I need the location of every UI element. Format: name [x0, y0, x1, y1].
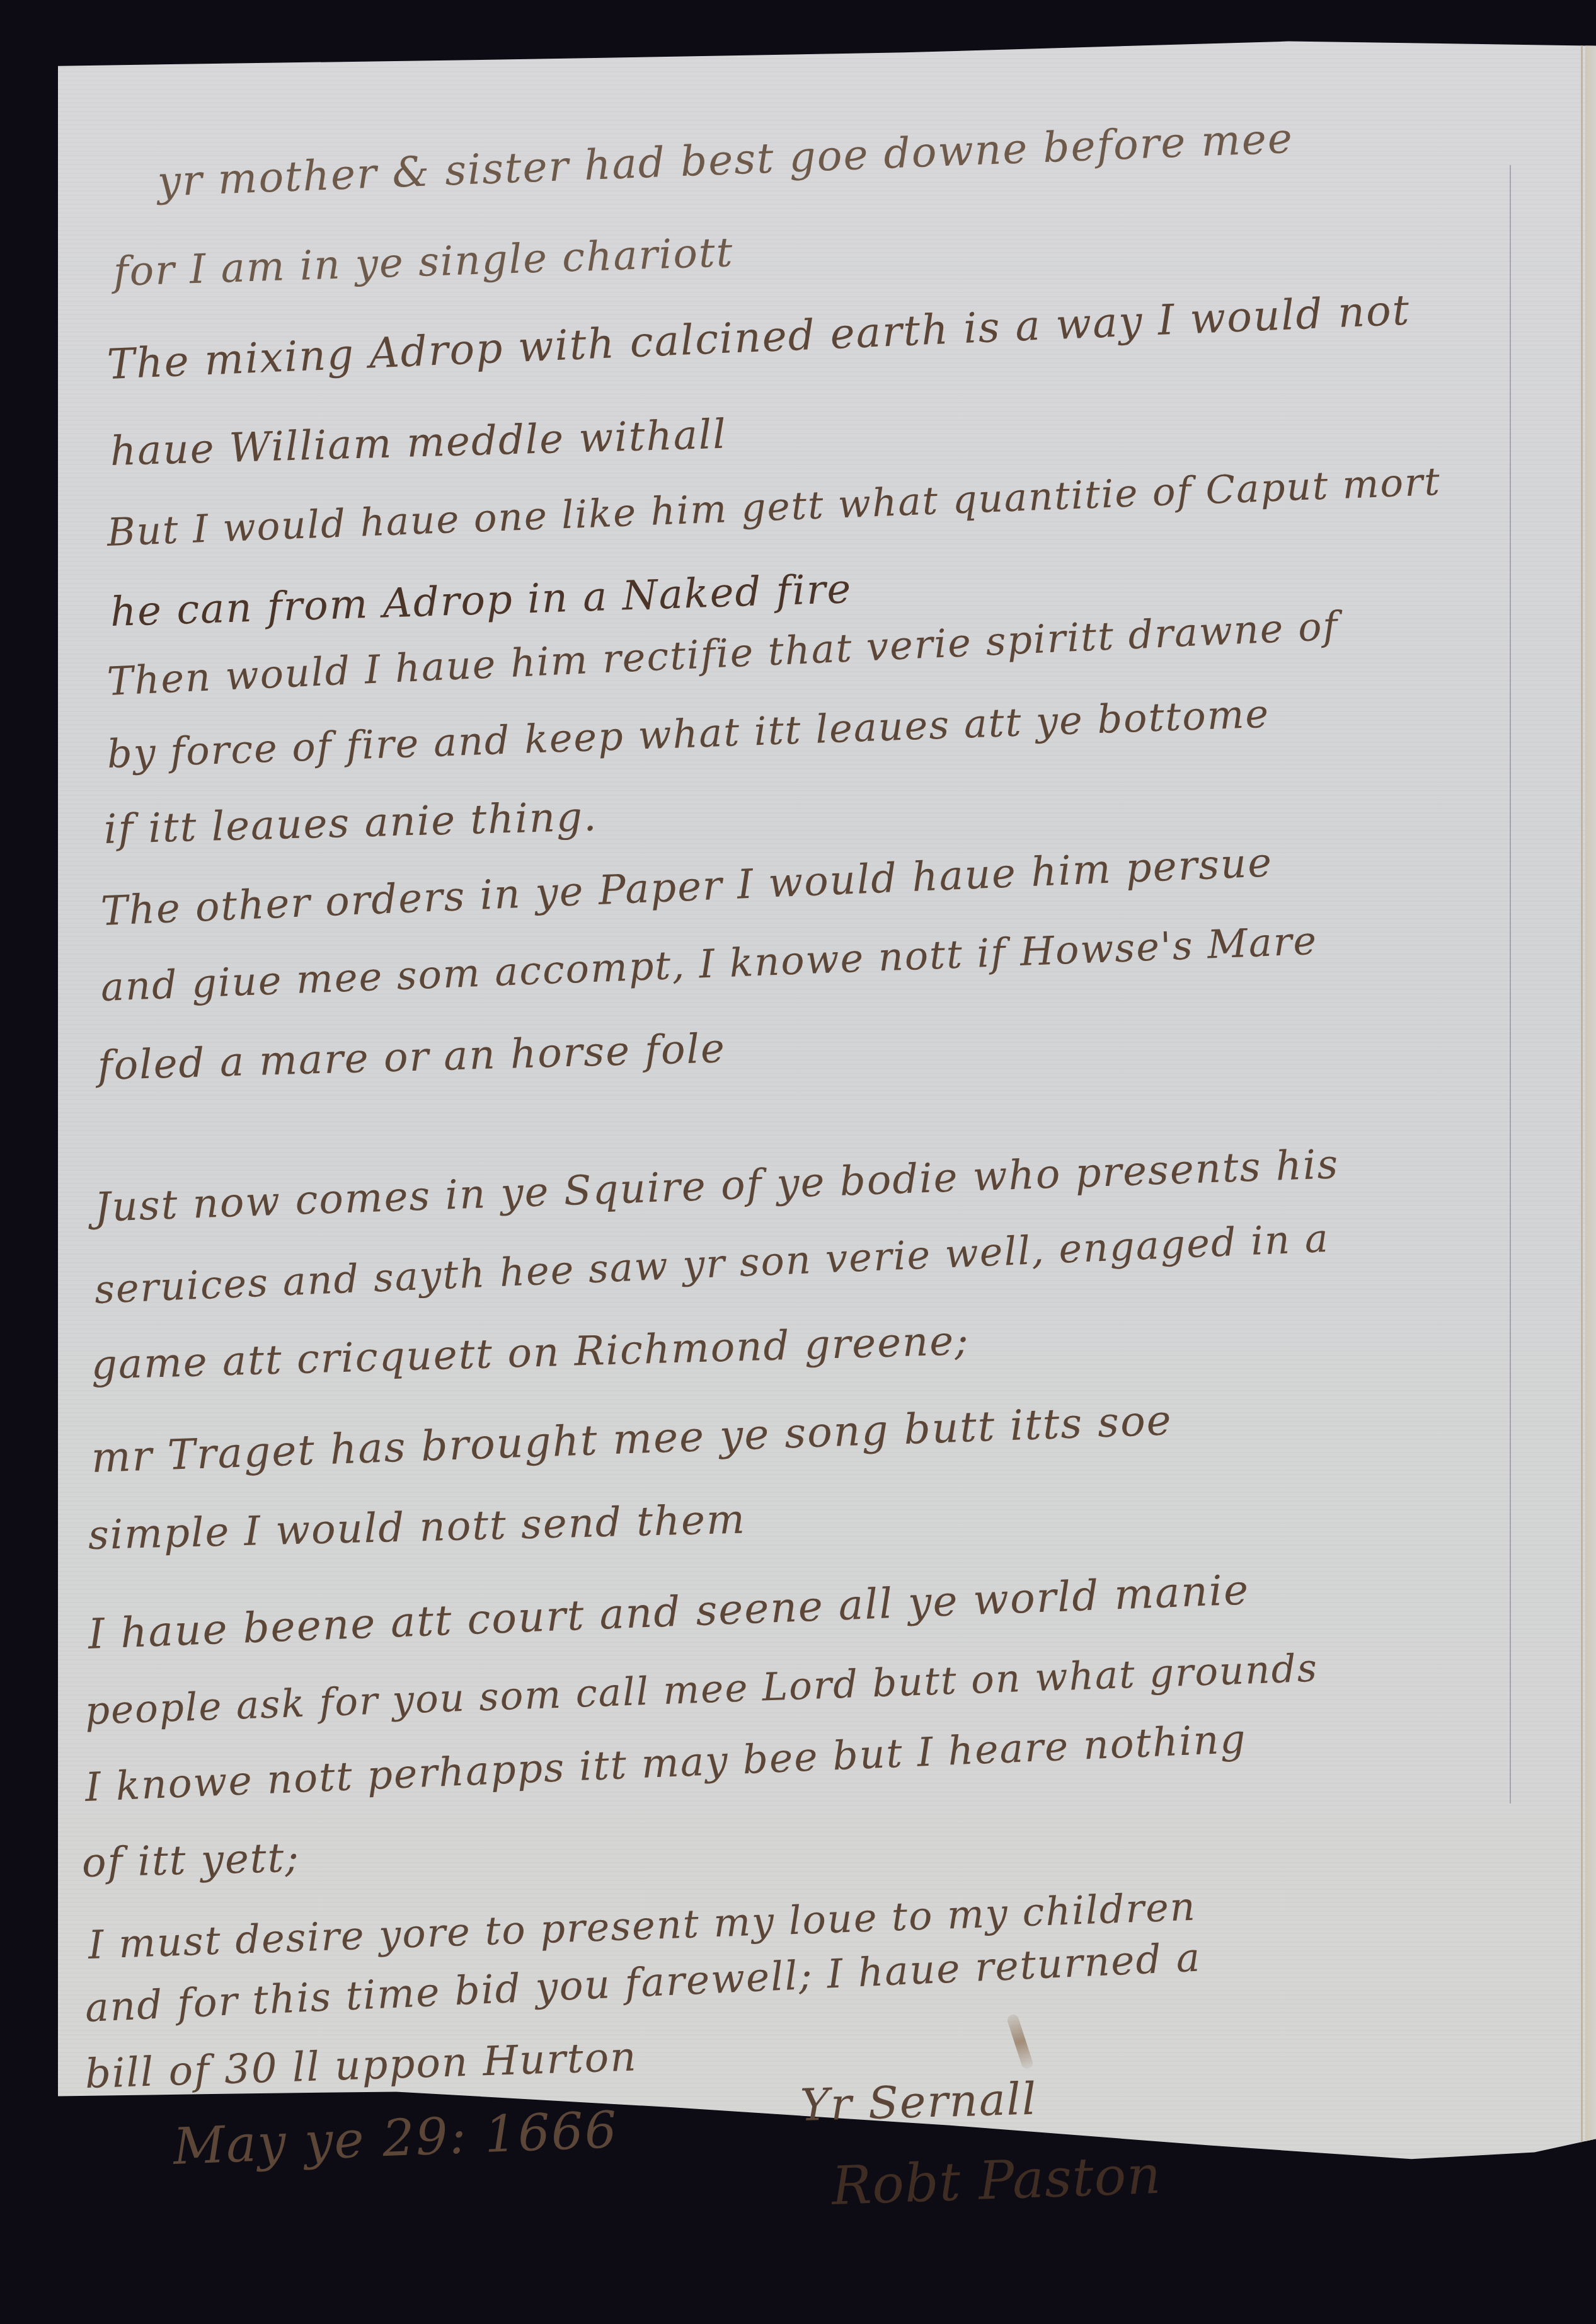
margin-rule: [1510, 165, 1511, 1803]
page-fold-strip: [1585, 39, 1596, 2282]
letter-line-21: of itt yett;: [81, 1835, 301, 1887]
letter-closing: Yr Sernall: [800, 2073, 1038, 2131]
letter-signature: Robt Paston: [830, 2144, 1163, 2217]
